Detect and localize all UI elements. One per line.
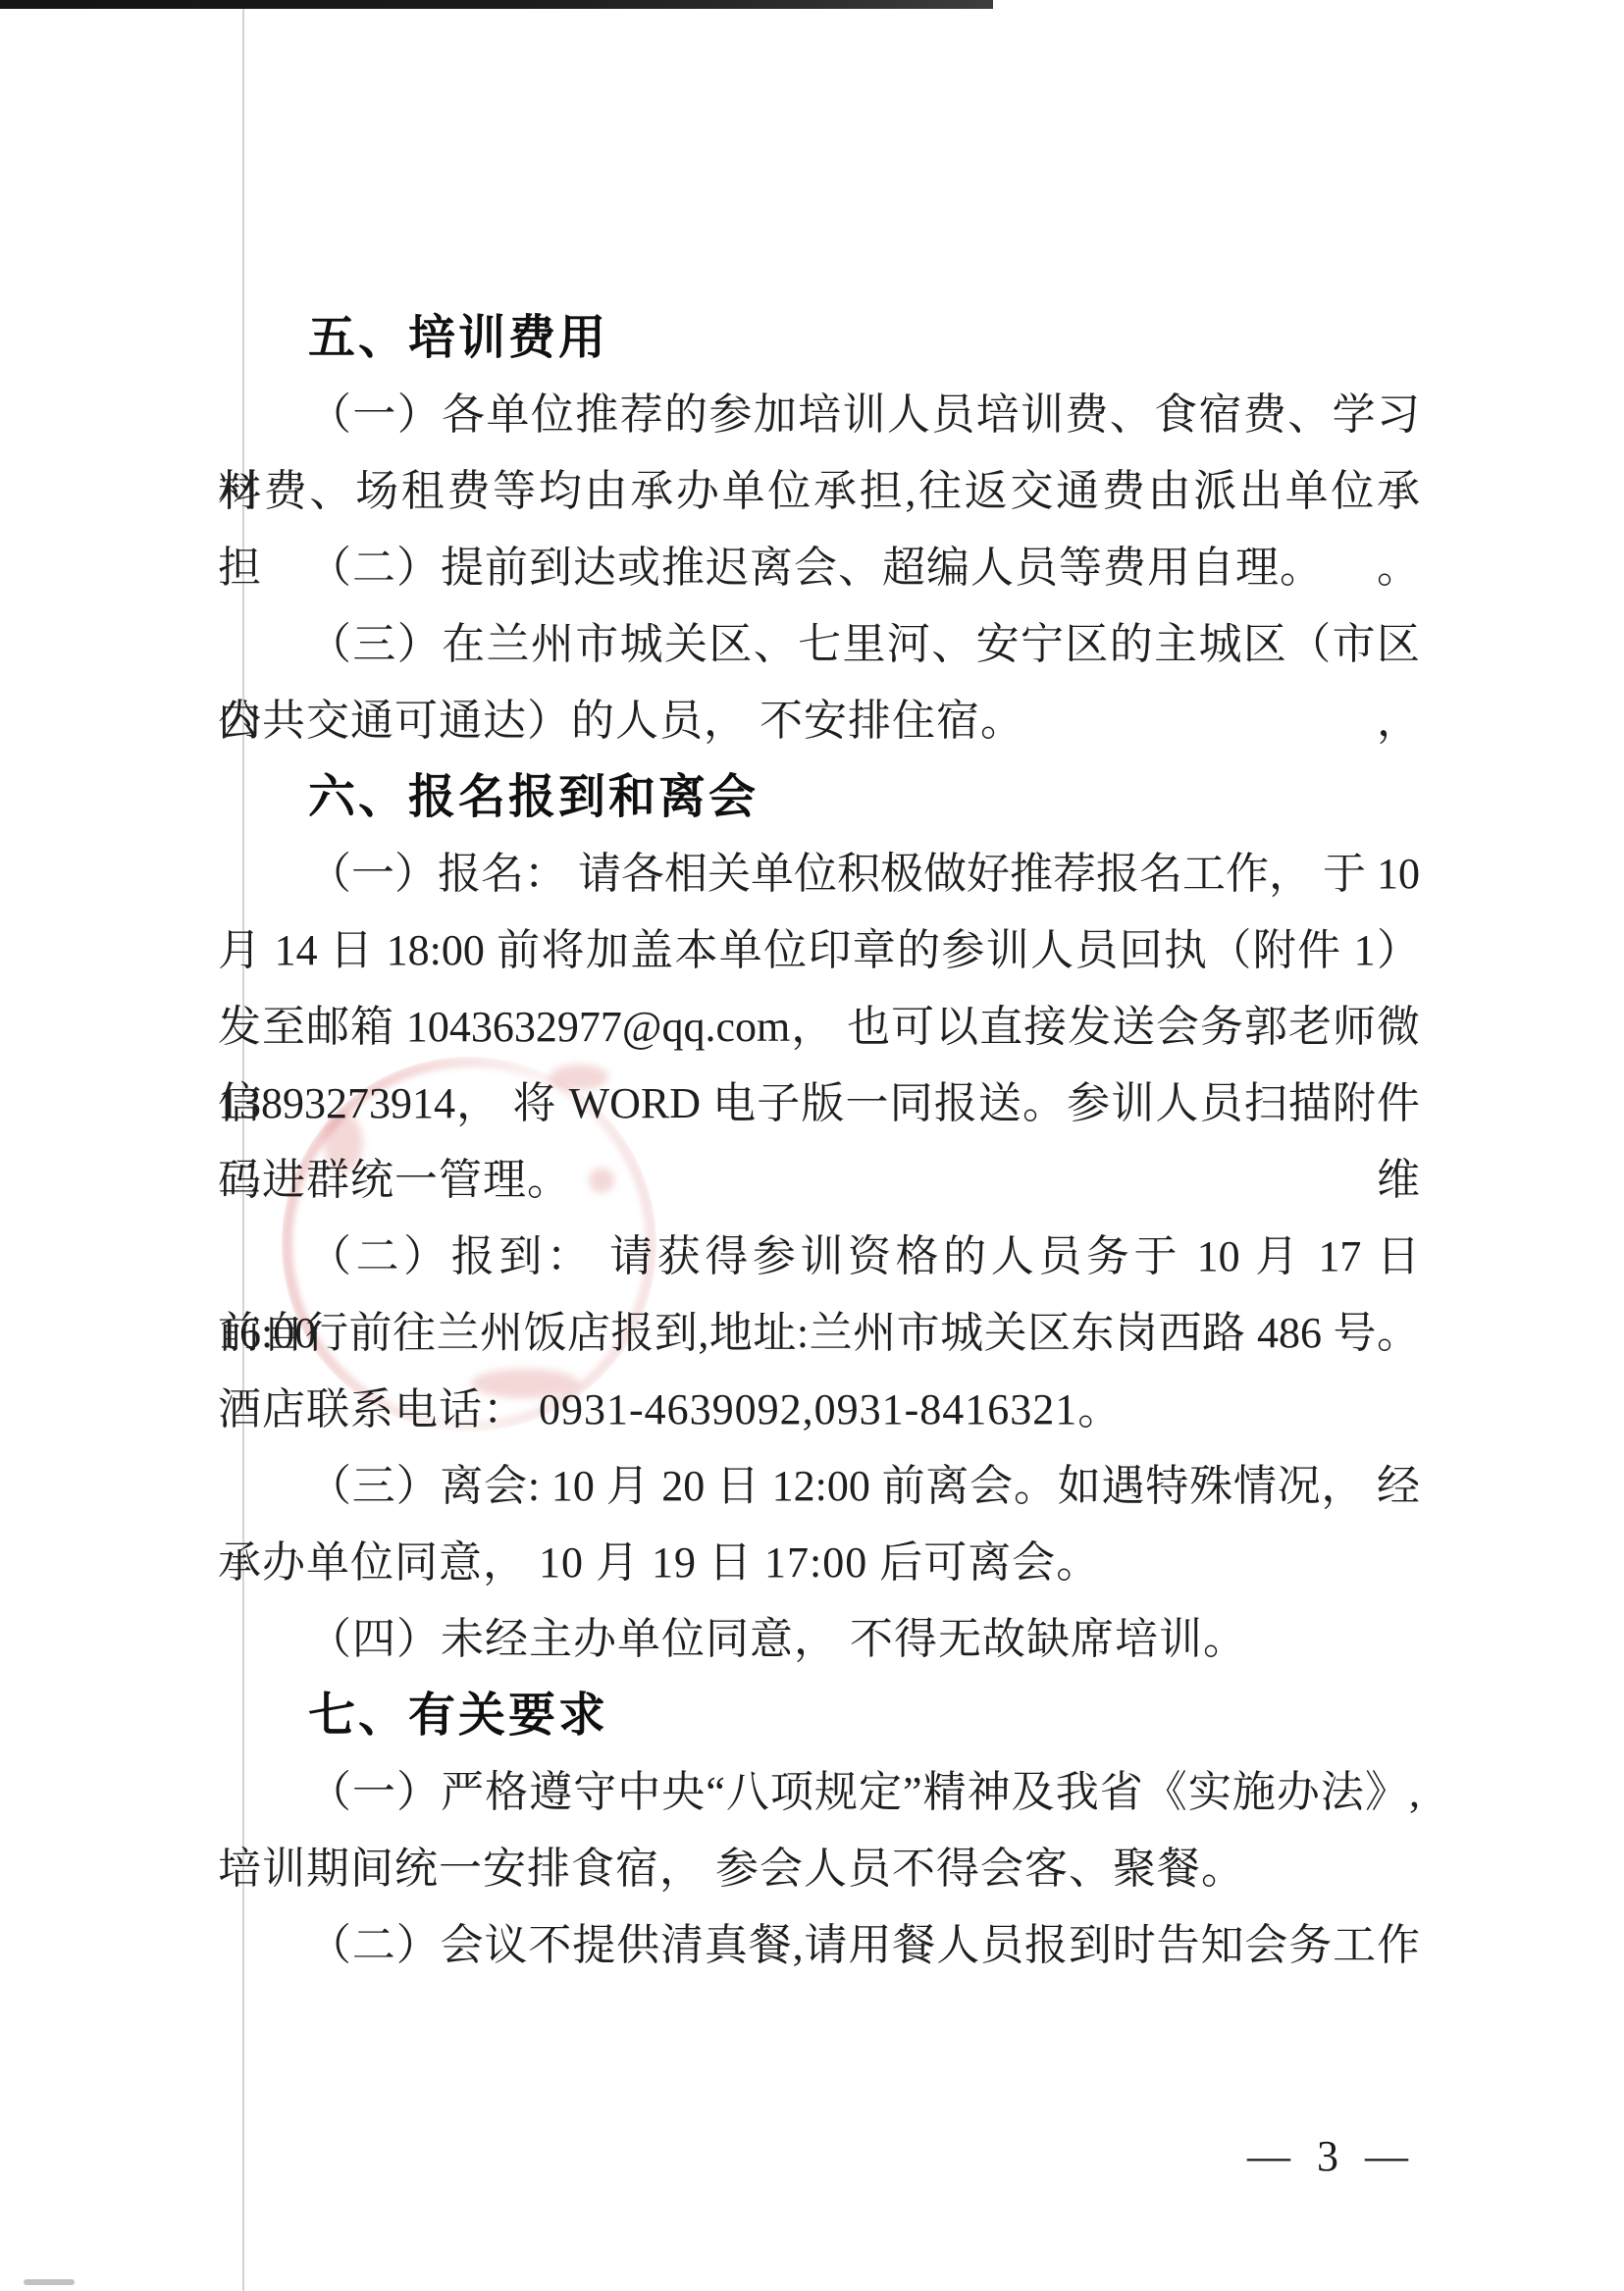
page-number: — 3 — (218, 2127, 1416, 2186)
document-body: 五、培训费用 （一）各单位推荐的参加培训人员培训费、食宿费、学习材 料费、场租费… (218, 300, 1420, 1984)
text-line: 前自行前往兰州饭店报到,地址:兰州市城关区东岗西路 486 号。 (218, 1295, 1420, 1372)
text-line: （四）未经主办单位同意， 不得无故缺席培训。 (218, 1601, 1420, 1678)
text-line: 酒店联系电话： 0931-4639092,0931-8416321。 (218, 1372, 1420, 1448)
text-line: （二）提前到达或推迟离会、超编人员等费用自理。 (218, 530, 1420, 606)
text-line: 13893273914， 将 WORD 电子版一同报送。参训人员扫描附件二维 (218, 1066, 1420, 1142)
section-heading: 六、报名报到和离会 (218, 759, 1420, 836)
scan-artifact-top-bar (0, 0, 993, 9)
text-line: （一）严格遵守中央“八项规定”精神及我省《实施办法》, (218, 1754, 1420, 1831)
text-line: （三）在兰州市城关区、七里河、安宁区的主城区（市区内， (218, 606, 1420, 683)
text-line: 培训期间统一安排食宿， 参会人员不得会客、聚餐。 (218, 1831, 1420, 1907)
text-line: （二）报到： 请获得参训资格的人员务于 10 月 17 日 16:00 (218, 1219, 1420, 1295)
scan-artifact-smudge (24, 2279, 75, 2285)
section-heading: 五、培训费用 (218, 300, 1420, 377)
text-line: （一）报名： 请各相关单位积极做好推荐报名工作， 于 10 (218, 836, 1420, 912)
section-heading: 七、有关要求 (218, 1678, 1420, 1754)
text-line: （一）各单位推荐的参加培训人员培训费、食宿费、学习材 (218, 377, 1420, 453)
text-line: （三）离会: 10 月 20 日 12:00 前离会。如遇特殊情况， 经 (218, 1448, 1420, 1525)
text-line: 承办单位同意， 10 月 19 日 17:00 后可离会。 (218, 1525, 1420, 1601)
text-line: 月 14 日 18:00 前将加盖本单位印章的参训人员回执（附件 1） (218, 912, 1420, 989)
text-line: （二）会议不提供清真餐,请用餐人员报到时告知会务工作 (218, 1907, 1420, 1984)
text-line: 料费、场租费等均由承办单位承担,往返交通费由派出单位承担。 (218, 453, 1420, 530)
scanned-document-page: 五、培训费用 （一）各单位推荐的参加培训人员培训费、食宿费、学习材 料费、场租费… (0, 0, 1624, 2291)
text-line: 发至邮箱 1043632977@qq.com， 也可以直接发送会务郭老师微信 (218, 989, 1420, 1066)
